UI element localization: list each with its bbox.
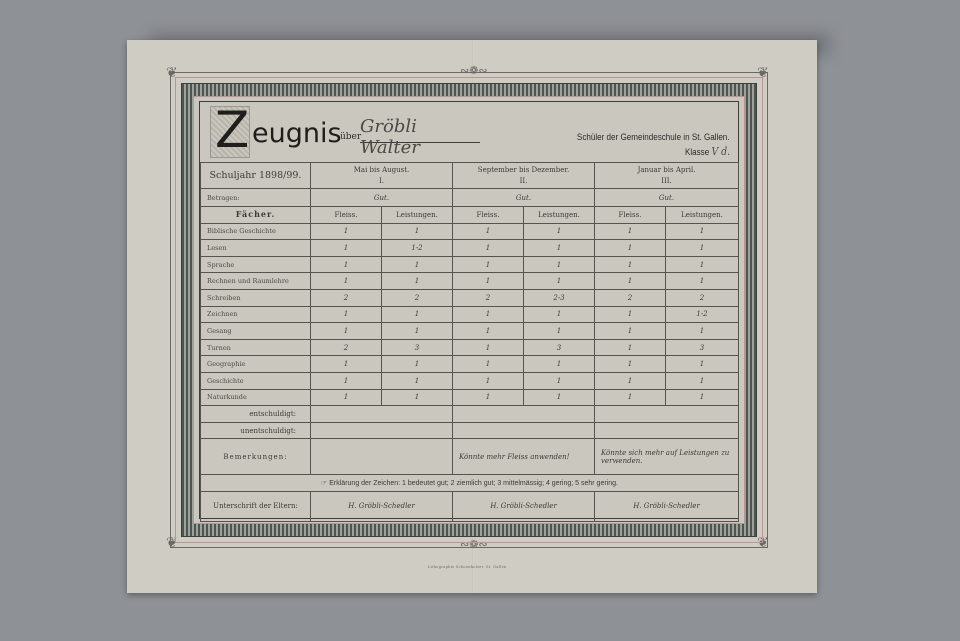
grade: 1 bbox=[453, 240, 524, 257]
grade: 1 bbox=[382, 256, 453, 273]
betragen-term-3: Gut. bbox=[595, 189, 739, 207]
column-header-row: Fächer. Fleiss. Leistungen. Fleiss. Leis… bbox=[201, 207, 739, 224]
remark-term-2: Könnte mehr Fleiss anwenden! bbox=[453, 439, 595, 475]
grade: 1 bbox=[382, 306, 453, 323]
leistungen-header: Leistungen. bbox=[666, 207, 739, 224]
subject-row: Gesang111111 bbox=[201, 323, 739, 340]
remark-term-1 bbox=[311, 439, 453, 475]
absences-excused-term-1 bbox=[311, 406, 453, 423]
leistungen-header: Leistungen. bbox=[382, 207, 453, 224]
grade: 1 bbox=[524, 323, 595, 340]
grade: 1 bbox=[311, 273, 382, 290]
grade: 1 bbox=[453, 306, 524, 323]
grade: 1 bbox=[453, 389, 524, 406]
betragen-row: Betragen: Gut. Gut. Gut. bbox=[201, 189, 739, 207]
absences-excused-term-3 bbox=[595, 406, 739, 423]
grade: 1 bbox=[595, 372, 666, 389]
subject-row: Rechnen und Raumlehre111111 bbox=[201, 273, 739, 290]
grade: 1 bbox=[382, 356, 453, 373]
subject-name: Rechnen und Raumlehre bbox=[201, 273, 311, 290]
subject-row: Biblische Geschichte111111 bbox=[201, 223, 739, 240]
grade: 1 bbox=[524, 240, 595, 257]
betragen-label: Betragen: bbox=[201, 189, 311, 207]
leistungen-header: Leistungen. bbox=[524, 207, 595, 224]
grade: 1 bbox=[595, 256, 666, 273]
student-name: Gröbli Walter bbox=[360, 116, 480, 143]
unentschuldigt-label: unentschuldigt: bbox=[201, 422, 311, 439]
absences-unexcused-term-3 bbox=[595, 422, 739, 439]
grade: 1-2 bbox=[666, 306, 739, 323]
grade: 1 bbox=[595, 389, 666, 406]
subject-row: Geographie111111 bbox=[201, 356, 739, 373]
subject-row: Turnen231313 bbox=[201, 339, 739, 356]
school-year: Schuljahr 1898/99. bbox=[201, 163, 311, 189]
grade: 1 bbox=[382, 372, 453, 389]
grade: 1 bbox=[311, 372, 382, 389]
signature-term-1: H. Gröbli-Schedler bbox=[311, 491, 453, 521]
printer-imprint: Lithographie Schoenholzer, St. Gallen bbox=[428, 565, 507, 569]
grade: 1 bbox=[453, 372, 524, 389]
entschuldigt-label: entschuldigt: bbox=[201, 406, 311, 423]
subject-row: Sprache111111 bbox=[201, 256, 739, 273]
term-1-header: Mai bis August.I. bbox=[311, 163, 453, 189]
grade: 2 bbox=[595, 289, 666, 306]
grade: 1 bbox=[311, 323, 382, 340]
subject-name: Gesang bbox=[201, 323, 311, 340]
subject-name: Naturkunde bbox=[201, 389, 311, 406]
signature-term-3: H. Gröbli-Schedler bbox=[595, 491, 739, 521]
illuminated-initial: Z bbox=[210, 106, 250, 158]
grade: 2 bbox=[311, 289, 382, 306]
grade: 3 bbox=[666, 339, 739, 356]
grade: 1 bbox=[382, 273, 453, 290]
subject-name: Biblische Geschichte bbox=[201, 223, 311, 240]
grade: 2 bbox=[382, 289, 453, 306]
school-label: Schüler der Gemeindeschule in St. Gallen… bbox=[577, 132, 730, 143]
subject-row: Schreiben2222-322 bbox=[201, 289, 739, 306]
grade: 1 bbox=[666, 273, 739, 290]
grade: 1 bbox=[524, 223, 595, 240]
signature-term-2: H. Gröbli-Schedler bbox=[453, 491, 595, 521]
grade: 1 bbox=[595, 306, 666, 323]
absences-excused-term-2 bbox=[453, 406, 595, 423]
fleiss-header: Fleiss. bbox=[595, 207, 666, 224]
grade: 1-2 bbox=[382, 240, 453, 257]
remarks-row: Bemerkungen: Könnte mehr Fleiss anwenden… bbox=[201, 439, 739, 475]
fleiss-header: Fleiss. bbox=[311, 207, 382, 224]
remark-term-3: Könnte sich mehr auf Leistungen zu verwe… bbox=[595, 439, 739, 475]
grade: 1 bbox=[453, 356, 524, 373]
grade: 3 bbox=[382, 339, 453, 356]
subject-name: Zeichnen bbox=[201, 306, 311, 323]
absences-unexcused-term-1 bbox=[311, 422, 453, 439]
title-row: Z eugnis über Gröbli Walter Schüler der … bbox=[200, 102, 738, 163]
absences-unexcused-term-2 bbox=[453, 422, 595, 439]
grade: 1 bbox=[595, 223, 666, 240]
signature-label: Unterschrift der Eltern: bbox=[201, 491, 311, 521]
grade: 1 bbox=[666, 223, 739, 240]
class-value: V d. bbox=[711, 145, 730, 158]
grade: 1 bbox=[666, 389, 739, 406]
term-3-header: Januar bis April.III. bbox=[595, 163, 739, 189]
term-header-row: Schuljahr 1898/99. Mai bis August.I. Sep… bbox=[201, 163, 739, 189]
grade: 1 bbox=[453, 273, 524, 290]
subject-row: Geschichte111111 bbox=[201, 372, 739, 389]
grade: 1 bbox=[524, 356, 595, 373]
grade: 1 bbox=[524, 256, 595, 273]
faecher-label: Fächer. bbox=[201, 207, 311, 224]
grade: 3 bbox=[524, 339, 595, 356]
grade: 1 bbox=[666, 256, 739, 273]
grade: 1 bbox=[382, 223, 453, 240]
grade: 1 bbox=[524, 273, 595, 290]
legend-row: ☞ Erklärung der Zeichen: 1 bedeutet gut;… bbox=[201, 475, 739, 492]
grades-table: Schuljahr 1898/99. Mai bis August.I. Sep… bbox=[200, 162, 739, 522]
grade: 1 bbox=[666, 240, 739, 257]
betragen-term-2: Gut. bbox=[453, 189, 595, 207]
grade: 1 bbox=[311, 240, 382, 257]
grade: 2 bbox=[311, 339, 382, 356]
certificate-form: Z eugnis über Gröbli Walter Schüler der … bbox=[199, 101, 739, 519]
grade: 1 bbox=[524, 306, 595, 323]
center-ornament-icon: ∾❁∾ bbox=[460, 64, 488, 77]
grade: 1 bbox=[453, 223, 524, 240]
grade: 1 bbox=[666, 372, 739, 389]
class-line: Klasse V d. bbox=[685, 145, 730, 158]
ueber-label: über bbox=[340, 132, 361, 142]
grade: 1 bbox=[595, 339, 666, 356]
absences-excused-row: entschuldigt: bbox=[201, 406, 739, 423]
grade: 1 bbox=[311, 389, 382, 406]
title-text: eugnis bbox=[252, 118, 342, 149]
subject-row: Lesen11-21111 bbox=[201, 240, 739, 257]
grade: 1 bbox=[311, 306, 382, 323]
subject-row: Zeichnen111111-2 bbox=[201, 306, 739, 323]
bemerkungen-label: Bemerkungen: bbox=[201, 439, 311, 475]
subject-name: Lesen bbox=[201, 240, 311, 257]
grade: 1 bbox=[595, 323, 666, 340]
subject-name: Geschichte bbox=[201, 372, 311, 389]
fleiss-header: Fleiss. bbox=[453, 207, 524, 224]
subject-row: Naturkunde111111 bbox=[201, 389, 739, 406]
grade: 1 bbox=[595, 273, 666, 290]
grade: 1 bbox=[453, 256, 524, 273]
grade: 1 bbox=[311, 356, 382, 373]
grade: 2 bbox=[453, 289, 524, 306]
grade-legend: ☞ Erklärung der Zeichen: 1 bedeutet gut;… bbox=[201, 475, 739, 492]
grade: 1 bbox=[524, 389, 595, 406]
grade: 2 bbox=[666, 289, 739, 306]
term-2-header: September bis Dezember.II. bbox=[453, 163, 595, 189]
subject-name: Sprache bbox=[201, 256, 311, 273]
grade: 1 bbox=[382, 323, 453, 340]
grade: 1 bbox=[666, 356, 739, 373]
grade: 1 bbox=[453, 339, 524, 356]
grade: 1 bbox=[453, 323, 524, 340]
subject-name: Turnen bbox=[201, 339, 311, 356]
grade: 1 bbox=[595, 356, 666, 373]
betragen-term-1: Gut. bbox=[311, 189, 453, 207]
grade: 1 bbox=[595, 240, 666, 257]
grade: 1 bbox=[666, 323, 739, 340]
grade: 1 bbox=[311, 256, 382, 273]
subject-name: Geographie bbox=[201, 356, 311, 373]
grade: 1 bbox=[311, 223, 382, 240]
grade: 2-3 bbox=[524, 289, 595, 306]
pointing-hand-icon: ☞ bbox=[321, 480, 329, 487]
grade: 1 bbox=[524, 372, 595, 389]
grade: 1 bbox=[382, 389, 453, 406]
subject-name: Schreiben bbox=[201, 289, 311, 306]
signature-row: Unterschrift der Eltern: H. Gröbli-Sched… bbox=[201, 491, 739, 521]
absences-unexcused-row: unentschuldigt: bbox=[201, 422, 739, 439]
